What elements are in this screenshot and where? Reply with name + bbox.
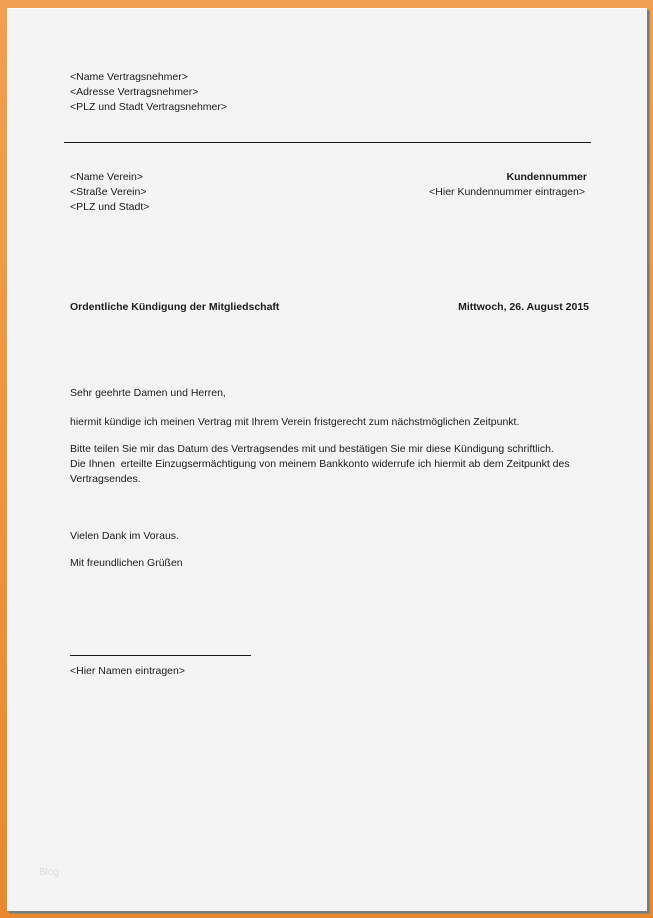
subject-line: Ordentliche Kündigung der Mitgliedschaft [70,300,279,315]
paragraph-2-line-3: Vertragsendes. [70,472,570,487]
sender-street: <Adresse Vertragsnehmer> [70,85,227,100]
sender-name: <Name Vertragsnehmer> [70,70,227,85]
customer-number-block: Kundennummer <Hier Kundennummer eintrage… [429,170,587,200]
salutation: Sehr geehrte Damen und Herren, [70,386,226,401]
sender-address: <Name Vertragsnehmer> <Adresse Vertragsn… [70,70,227,115]
recipient-address: <Name Verein> <Straße Verein> <PLZ und S… [70,170,149,215]
paragraph-2-line-1: Bitte teilen Sie mir das Datum des Vertr… [70,442,570,457]
recipient-name: <Name Verein> [70,170,149,185]
paragraph-1: hiermit kündige ich meinen Vertrag mit I… [70,415,519,430]
recipient-city: <PLZ und Stadt> [70,200,149,215]
letter-date: Mittwoch, 26. August 2015 [458,300,589,315]
closing-line: Mit freundlichen Grüßen [70,556,183,571]
watermark: Blog [39,867,59,878]
customer-number-value: <Hier Kundennummer eintragen> [429,185,585,200]
signature-name: <Hier Namen eintragen> [70,664,185,679]
paragraph-2-line-2: Die Ihnen erteilte Einzugsermächtigung v… [70,457,570,472]
signature-line [70,655,251,656]
sender-city: <PLZ und Stadt Vertragsnehmer> [70,100,227,115]
letter-page: <Name Vertragsnehmer> <Adresse Vertragsn… [7,8,647,911]
paragraph-2: Bitte teilen Sie mir das Datum des Vertr… [70,442,570,487]
header-divider [64,142,591,143]
recipient-street: <Straße Verein> [70,185,149,200]
thanks-line: Vielen Dank im Voraus. [70,529,179,544]
customer-number-label: Kundennummer [429,170,587,185]
